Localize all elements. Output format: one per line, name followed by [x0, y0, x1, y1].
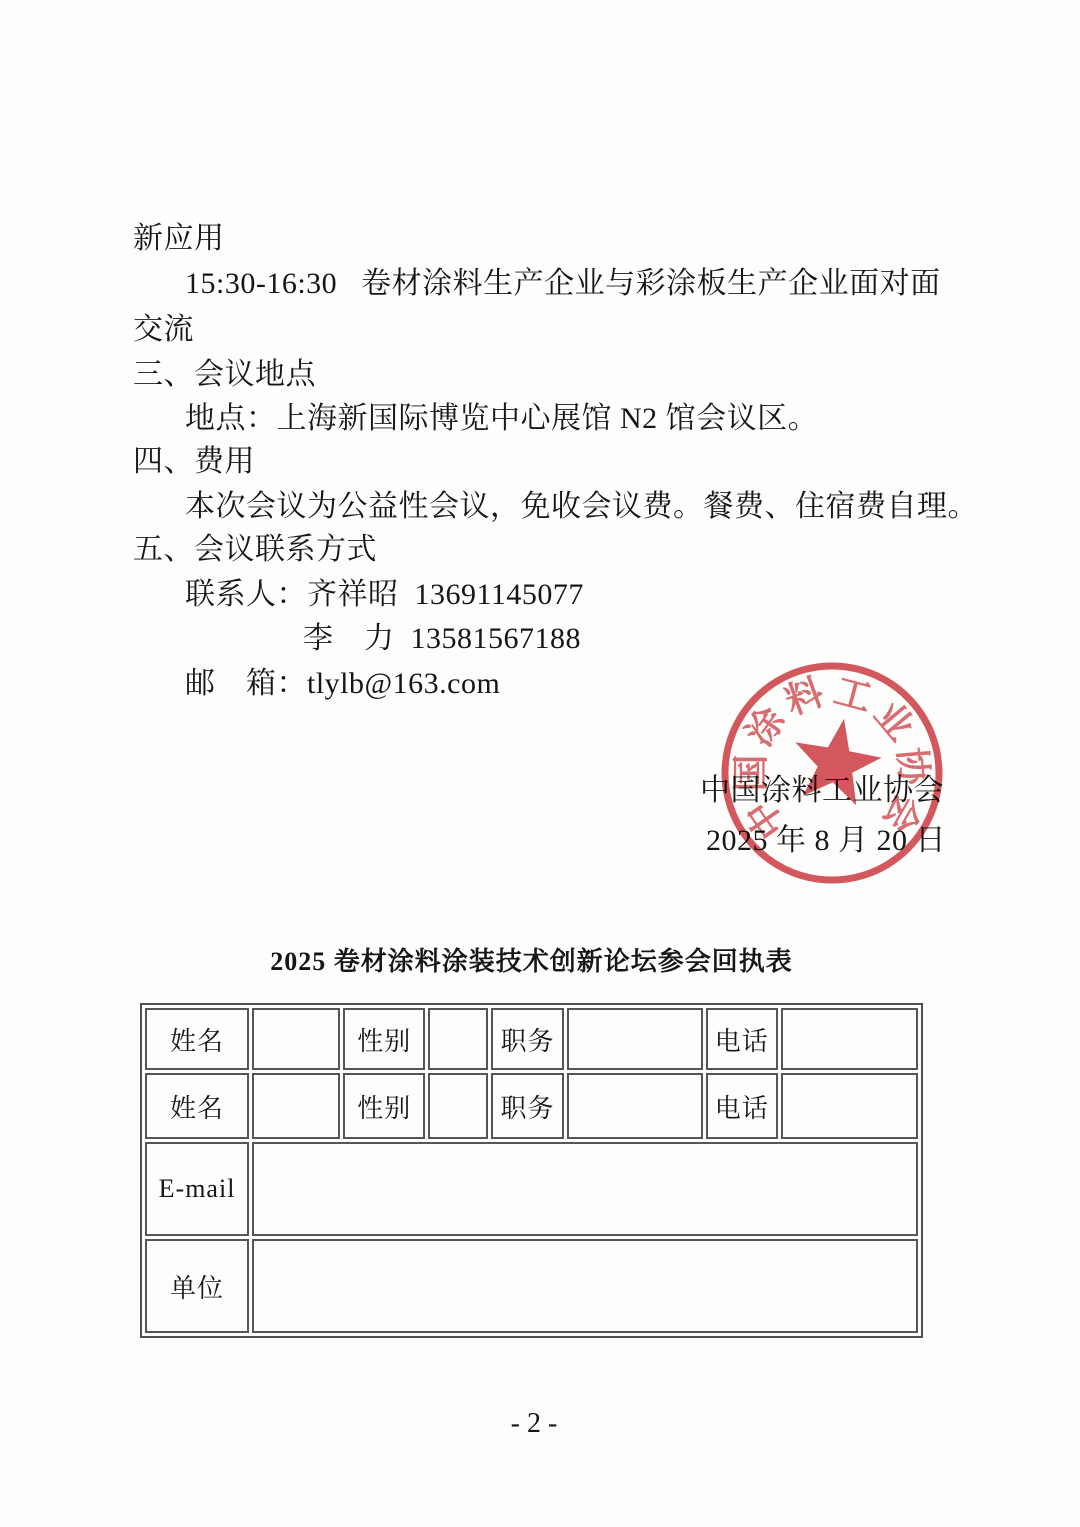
phone-label-cell: 电话: [706, 1008, 778, 1070]
seal-ring-char: 料: [780, 671, 829, 723]
gender-input-cell: [428, 1008, 488, 1070]
gender-label-cell: 性别: [343, 1008, 425, 1070]
seal-ring-char: 工: [830, 671, 876, 720]
table-row: 单位: [145, 1239, 918, 1333]
gender-label-cell: 性别: [343, 1073, 425, 1139]
title-input-cell: [567, 1008, 703, 1070]
contact-person-2: 李 力 13581567188: [303, 622, 581, 656]
phone-input-cell: [781, 1073, 918, 1139]
table-row: 姓名 性别 职务 电话: [145, 1008, 918, 1070]
signature-org: 中国涂料工业协会: [700, 765, 944, 809]
name-label-cell: 姓名: [145, 1073, 249, 1139]
title-label-cell: 职务: [491, 1073, 563, 1139]
reply-form-table: 姓名 性别 职务 电话 姓名 性别 职务 电话 E-mail 单位: [140, 1003, 923, 1338]
signature-date: 2025 年 8 月 20 日: [706, 815, 946, 859]
section3-heading: 三、会议地点: [133, 358, 316, 392]
section3-text: 地点：上海新国际博览中心展馆 N2 馆会议区。: [185, 402, 818, 436]
body-line-schedule-wrap: 交流: [133, 313, 194, 347]
name-input-cell: [252, 1008, 340, 1070]
gender-input-cell: [428, 1073, 488, 1139]
table-row: E-mail: [145, 1142, 918, 1236]
title-label-cell: 职务: [491, 1008, 563, 1070]
page-number: - 2 -: [0, 1408, 1068, 1440]
email-input-cell: [252, 1142, 918, 1236]
reply-form-title: 2025 卷材涂料涂装技术创新论坛参会回执表: [140, 941, 923, 978]
company-label-cell: 单位: [145, 1239, 249, 1333]
name-input-cell: [252, 1073, 340, 1139]
phone-input-cell: [781, 1008, 918, 1070]
contact-person-1: 联系人：齐祥昭 13691145077: [185, 578, 584, 612]
email-label-cell: E-mail: [145, 1142, 249, 1236]
document-page: 新应用 15:30-16:30 卷材涂料生产企业与彩涂板生产企业面对面 交流 三…: [0, 0, 1080, 1527]
section4-text: 本次会议为公益性会议，免收会议费。餐费、住宿费自理。: [185, 490, 978, 524]
body-line-wrap-prev: 新应用: [133, 222, 225, 256]
table-row: 姓名 性别 职务 电话: [145, 1073, 918, 1139]
seal-ring-char: 业: [866, 694, 921, 749]
body-line-schedule: 15:30-16:30 卷材涂料生产企业与彩涂板生产企业面对面: [185, 267, 941, 301]
title-input-cell: [567, 1073, 703, 1139]
name-label-cell: 姓名: [145, 1008, 249, 1070]
section5-heading: 五、会议联系方式: [133, 533, 377, 567]
company-input-cell: [252, 1239, 918, 1333]
section4-heading: 四、费用: [133, 445, 255, 479]
phone-label-cell: 电话: [706, 1073, 778, 1139]
contact-email: 邮 箱：tlylb@163.com: [185, 667, 500, 701]
seal-ring-char: 涂: [738, 700, 794, 754]
